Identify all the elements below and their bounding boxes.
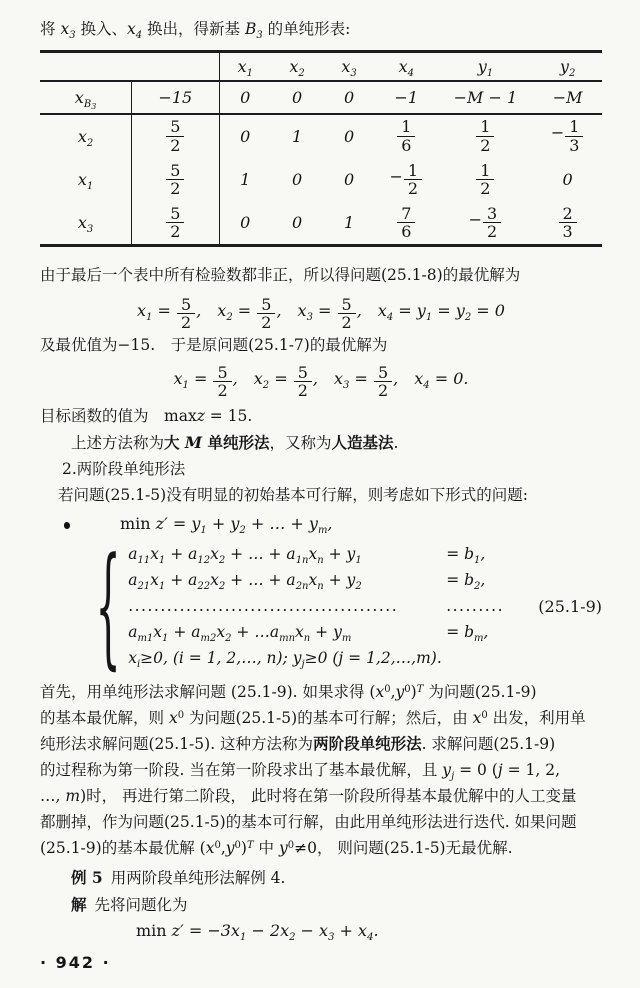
text-segment: 先将问题化为 (95, 896, 188, 914)
tableau-col-header: y2 (533, 52, 602, 81)
tableau-corner-cell (132, 52, 219, 81)
tableau-cell: −12 (375, 158, 437, 202)
tableau-cell: 0 (271, 202, 323, 246)
tableau-row: x1 52 1 0 0 −12 12 0 (40, 158, 602, 202)
system-line: am1x1 + am2x2 + …amnxn + ym= bm, (128, 619, 518, 645)
para-big-m-method: 上述方法称为大 M 单纯形法，又称为人造基法. (71, 430, 602, 456)
bold-artificial-basis: 人造基法 (332, 433, 394, 452)
system-ellipsis-line: ........................................… (128, 593, 518, 619)
para-solution: 解先将问题化为 (71, 892, 602, 918)
tableau-cell: 0 (271, 81, 323, 114)
para-two-phase-description: 首先，用单纯形法求解问题 (25.1-9). 如果求得 (x0,y0)T 为问题… (40, 679, 602, 861)
left-brace-icon: { (95, 540, 120, 671)
equation-transformed-objective: min z′ = −3x1 − 2x2 − x3 + x4. (136, 918, 602, 944)
tableau-cell: −M − 1 (438, 81, 534, 114)
tableau-header-row: x1 x2 x3 x4 y1 y2 (40, 52, 602, 81)
text-line: 纯形法求解问题(25.1-5). 这种方法称为两阶段单纯形法. 求解问题(25.… (40, 731, 602, 757)
tableau-cell: 1 (323, 202, 375, 246)
tableau-col-header: y1 (438, 52, 534, 81)
equation-number: (25.1-9) (518, 597, 602, 616)
tableau-value-cell: −15 (132, 81, 219, 114)
system-constraint-line: xi≥0, (i = 1, 2,…, n); yj≥0 (j = 1,2,…,m… (128, 645, 518, 671)
text-line: 都删掉，作为问题(25.1-5)的基本可行解，由此用单纯形法进行迭代. 如果问题 (40, 809, 602, 835)
tableau-cell: 1 (271, 114, 323, 158)
text-line: 的基本最优解，则 x0 为问题(25.1-5)的基本可行解；然后，由 x0 出发… (40, 705, 602, 731)
tableau-row: x3 52 0 0 1 76 −32 23 (40, 202, 602, 246)
tableau-cell: 1 (219, 158, 271, 202)
system-lines: a11x1 + a12x2 + … + a1nxn + y1= b1, a21x… (128, 541, 518, 671)
tableau-basis-cell: x3 (40, 202, 132, 246)
system-line: a21x1 + a22x2 + … + a2nxn + y2= b2, (128, 567, 518, 593)
equation-optimal-solution-8: x1 = 52, x2 = 52, x3 = 52, x4 = y1 = y2 … (40, 290, 602, 332)
tableau-cell: −1 (375, 81, 437, 114)
para-conclusion: 由于最后一个表中所有检验数都非正，所以得问题(25.1-8)的最优解为 (40, 263, 602, 288)
page-number: · 942 · (40, 953, 111, 972)
tableau-cell: −M (533, 81, 602, 114)
para-optimal-value: 及最优值为−15. 于是原问题(25.1-7)的最优解为 (40, 333, 602, 358)
text-line: 的过程称为第一阶段. 当在第一阶段求出了基本最优解，且 yj = 0 (j = … (40, 757, 602, 783)
intro-line: 将 x3 换入、x4 换出，得新基 B3 的单纯形表: (40, 17, 602, 42)
tableau-corner-cell (40, 52, 132, 81)
tableau-cell: 12 (438, 114, 534, 158)
tableau-value-cell: 52 (132, 158, 219, 202)
textbook-page: 将 x3 换入、x4 换出，得新基 B3 的单纯形表: x1 x2 x3 x4 … (0, 0, 640, 988)
simplex-tableau: x1 x2 x3 x4 y1 y2 xB3 −15 0 0 0 −1 −M − … (40, 50, 602, 247)
tableau-cell: 0 (219, 114, 271, 158)
equation-optimal-solution-7: x1 = 52, x2 = 52, x3 = 52, x4 = 0. (40, 358, 602, 400)
tableau-cell: 0 (323, 81, 375, 114)
bold-solution-label: 解 (71, 895, 87, 914)
heading-two-phase-method: 2.两阶段单纯形法 (62, 457, 602, 482)
tableau-cell: 12 (438, 158, 534, 202)
tableau-basis-cell: x1 (40, 158, 132, 202)
tableau-row: x2 52 0 1 0 16 12 −13 (40, 114, 602, 158)
text-segment: ，又称为 (270, 434, 332, 452)
tableau-cell: 0 (219, 81, 271, 114)
tableau-cell: 76 (375, 202, 437, 246)
tableau-objective-row: xB3 −15 0 0 0 −1 −M − 1 −M (40, 81, 602, 114)
tableau-col-header: x4 (375, 52, 437, 81)
tableau-cell: 16 (375, 114, 437, 158)
min-z-prime-expression: min z′ = y1 + y2 + … + ym, (120, 514, 333, 533)
tableau-col-header: x1 (219, 52, 271, 81)
tableau-value-cell: 52 (132, 114, 219, 158)
text-line: …, m)时， 再进行第二阶段， 此时将在第一阶段所得基本最优解中的人工变量 (40, 783, 602, 809)
text-segment: 上述方法称为 (71, 434, 164, 452)
equation-min-objective: min z′ = y1 + y2 + … + ym, (64, 511, 602, 537)
para-consider-problem: 若问题(25.1-5)没有明显的初始基本可行解，则考虑如下形式的问题: (58, 483, 602, 508)
para-example-5: 例 5用两阶段单纯形法解例 4. (71, 865, 602, 891)
tableau-cell: 23 (533, 202, 602, 246)
text-segment: . (394, 434, 399, 452)
tableau-basis-cell: x2 (40, 114, 132, 158)
tableau-cell: 0 (219, 202, 271, 246)
ink-mark-icon (64, 522, 70, 529)
tableau-col-header: x3 (323, 52, 375, 81)
text-line: (25.1-9)的基本最优解 (x0,y0)T 中 y0≠0， 则问题(25.1… (40, 835, 602, 861)
equation-system-25-1-9: { a11x1 + a12x2 + … + a1nxn + y1= b1, a2… (96, 541, 602, 671)
tableau-cell: −13 (533, 114, 602, 158)
tableau-col-header: x2 (271, 52, 323, 81)
system-line: a11x1 + a12x2 + … + a1nxn + y1= b1, (128, 541, 518, 567)
para-objective-value: 目标函数的值为 maxz = 15. (40, 404, 602, 429)
bold-example-label: 例 5 (71, 868, 103, 887)
tableau-value-cell: 52 (132, 202, 219, 246)
bold-big-m-method: 大 M 单纯形法 (164, 433, 269, 452)
tableau-cell: 0 (533, 158, 602, 202)
text-segment: 用两阶段单纯形法解例 4. (111, 869, 286, 887)
text-line: 首先，用单纯形法求解问题 (25.1-9). 如果求得 (x0,y0)T 为问题… (40, 679, 602, 705)
tableau-cell: 0 (323, 114, 375, 158)
tableau-basis-cell: xB3 (40, 81, 132, 114)
tableau-cell: −32 (438, 202, 534, 246)
tableau-cell: 0 (323, 158, 375, 202)
tableau-cell: 0 (271, 158, 323, 202)
